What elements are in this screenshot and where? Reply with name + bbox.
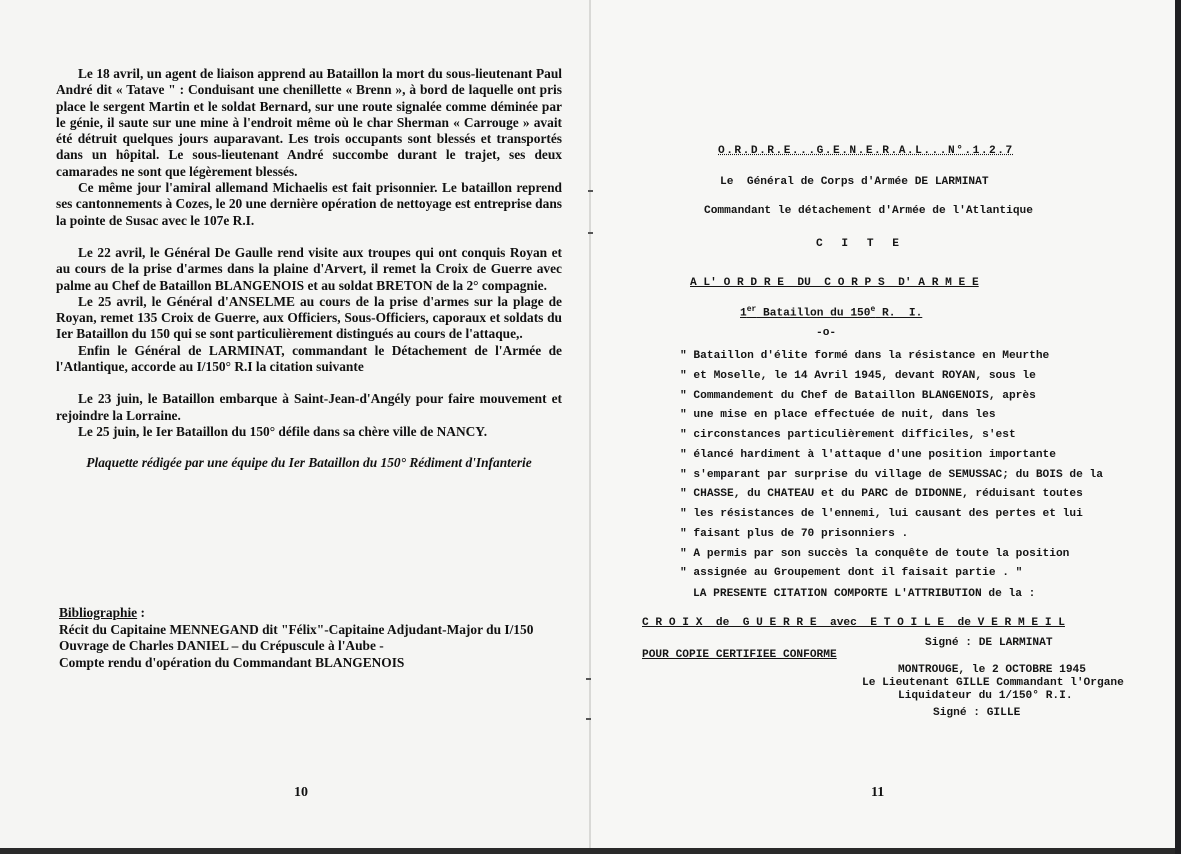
- paragraph: Ce même jour l'amiral allemand Michaelis…: [56, 180, 562, 229]
- left-page-body: Le 18 avril, un agent de liaison apprend…: [56, 66, 562, 440]
- cite-heading: C I T E: [816, 238, 905, 250]
- bibliography-item: Ouvrage de Charles DANIEL – du Crépuscul…: [59, 638, 533, 655]
- commandant-line: Commandant le détachement d'Armée de l'A…: [704, 205, 1033, 217]
- citation-line: " Bataillon d'élite formé dans la résist…: [680, 350, 1049, 362]
- separator: -o-: [816, 327, 836, 339]
- book-spread: Le 18 avril, un agent de liaison apprend…: [0, 0, 1181, 854]
- page-gutter: [589, 0, 591, 848]
- citation-line: " circonstances particulièrement diffici…: [680, 429, 1016, 441]
- ordre-general-heading: O.R.D.R.E...G.E.N.E.R.A.L...N°.1.2.7: [718, 145, 1014, 157]
- bibliography: Bibliographie : Récit du Capitaine MENNE…: [59, 605, 533, 671]
- paragraph: Le 23 juin, le Bataillon embarque à Sain…: [56, 391, 562, 424]
- bibliography-item: Récit du Capitaine MENNEGAND dit "Félix"…: [59, 622, 533, 639]
- binding-mark: [586, 678, 591, 680]
- binding-mark: [586, 718, 591, 720]
- certified-copy: POUR COPIE CERTIFIEE CONFORME: [642, 649, 837, 661]
- lieutenant-line: Le Lieutenant GILLE Commandant l'Organe: [862, 677, 1124, 689]
- general-line: Le Général de Corps d'Armée DE LARMINAT: [720, 176, 989, 188]
- scan-bottom-edge: [0, 848, 1181, 854]
- citation-line: " élancé hardiment à l'attaque d'une pos…: [680, 449, 1056, 461]
- citation-line: " A permis par son succès la conquête de…: [680, 548, 1069, 560]
- page-number-right: 11: [871, 785, 884, 801]
- bataillon-heading: 1er Bataillon du 150e R. I.: [740, 305, 922, 320]
- binding-mark: [588, 190, 593, 192]
- citation-line: " Commandement du Chef de Bataillon BLAN…: [680, 390, 1036, 402]
- signed-larminat: Signé : DE LARMINAT: [925, 637, 1053, 649]
- paragraph: Le 25 avril, le Général d'ANSELME au cou…: [56, 294, 562, 343]
- montrouge-date: MONTROUGE, le 2 OCTOBRE 1945: [898, 664, 1086, 676]
- liquidateur-line: Liquidateur du 1/150° R.I.: [898, 690, 1073, 702]
- paragraph: Le 22 avril, le Général De Gaulle rend v…: [56, 245, 562, 294]
- ordre-corps-heading: A L' O R D R E DU C O R P S D' A R M E E: [690, 277, 979, 289]
- bibliography-title: Bibliographie: [59, 605, 137, 620]
- paragraph: Le 25 juin, le Ier Bataillon du 150° déf…: [56, 424, 562, 440]
- signed-gille: Signé : GILLE: [933, 707, 1020, 719]
- attribution-line: LA PRESENTE CITATION COMPORTE L'ATTRIBUT…: [693, 588, 1035, 600]
- right-page: [591, 0, 1175, 848]
- citation-line: " une mise en place effectuée de nuit, d…: [680, 409, 996, 421]
- citation-line: " faisant plus de 70 prisonniers .: [680, 528, 908, 540]
- citation-line: " et Moselle, le 14 Avril 1945, devant R…: [680, 370, 1036, 382]
- plaquette-credit: Plaquette rédigée par une équipe du Ier …: [56, 455, 562, 471]
- paragraph: Enfin le Général de LARMINAT, commandant…: [56, 343, 562, 376]
- bibliography-item: Compte rendu d'opération du Commandant B…: [59, 655, 533, 672]
- binding-mark: [588, 232, 593, 234]
- citation-line: " s'emparant par surprise du village de …: [680, 469, 1103, 481]
- scan-right-edge: [1175, 0, 1181, 854]
- citation-line: " CHASSE, du CHATEAU et du PARC de DIDON…: [680, 488, 1083, 500]
- croix-de-guerre-line: C R O I X de G U E R R E avec E T O I L …: [642, 617, 1065, 629]
- citation-line: " les résistances de l'ennemi, lui causa…: [680, 508, 1083, 520]
- page-number-left: 10: [294, 785, 308, 801]
- paragraph: Le 18 avril, un agent de liaison apprend…: [56, 66, 562, 180]
- citation-line: " assignée au Groupement dont il faisait…: [680, 567, 1022, 579]
